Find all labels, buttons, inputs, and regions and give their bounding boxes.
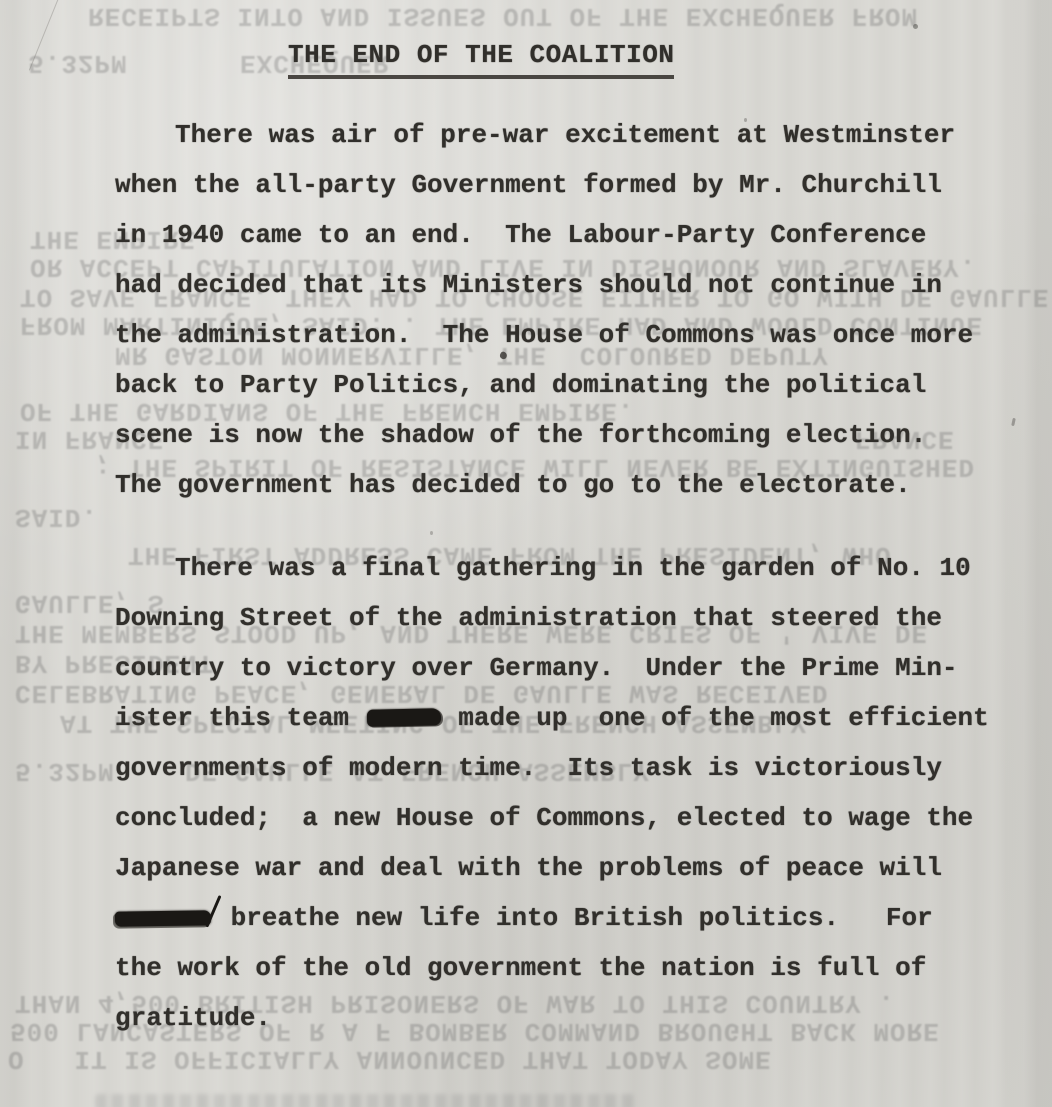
typed-line: breathe new life into British politics. … [115, 893, 1015, 943]
typed-line: gratitude. [115, 993, 1015, 1043]
typed-line: Japanese war and deal with the problems … [115, 843, 1015, 893]
redacted-word [366, 708, 440, 727]
typed-line: the work of the old government the natio… [115, 943, 1015, 993]
paragraph-1: There was air of pre-war excitement at W… [115, 110, 1015, 510]
title-row: THE END OF THE COALITION [288, 40, 674, 79]
typed-line: ister this team made up one of the most … [115, 693, 1015, 743]
typed-line: in 1940 came to an end. The Labour-Party… [115, 210, 1015, 260]
typed-line: governments of modern time. Its task is … [115, 743, 1015, 793]
typed-line: The government has decided to go to the … [115, 460, 1015, 510]
typed-line: Downing Street of the administration tha… [115, 593, 1015, 643]
ink-speck [744, 118, 747, 122]
bleedthrough-line: SAID. [15, 502, 98, 532]
typed-line: There was air of pre-war excitement at W… [115, 110, 1015, 160]
typed-line: the administration. The House of Commons… [115, 310, 1015, 360]
struck-out-word [115, 910, 211, 926]
bleedthrough-line: 5.32PM [28, 48, 128, 78]
ink-speck [913, 24, 918, 29]
typed-paragraphs: There was air of pre-war excitement at W… [115, 110, 1015, 1076]
typed-line: country to victory over Germany. Under t… [115, 643, 1015, 693]
paragraph-2: There was a final gathering in the garde… [115, 543, 1015, 1043]
page-title: THE END OF THE COALITION [288, 40, 674, 79]
typed-line: There was a final gathering in the garde… [115, 543, 1015, 593]
typed-line: when the all-party Government formed by … [115, 160, 1015, 210]
typed-line: had decided that its Ministers should no… [115, 260, 1015, 310]
bleedthrough-line: 5.32PM [15, 756, 115, 786]
scanned-document-page: RECEIPTS INTO AND ISSUES OUT OF THE EXCH… [0, 0, 1052, 1107]
bleedthrough-line: RECEIPTS INTO AND ISSUES OUT OF THE EXCH… [88, 1, 918, 31]
typed-line: back to Party Politics, and dominating t… [115, 360, 1015, 410]
typed-line: concluded; a new House of Commons, elect… [115, 793, 1015, 843]
ink-speck [430, 531, 433, 535]
typed-line: scene is now the shadow of the forthcomi… [115, 410, 1015, 460]
ghost-smudge [95, 1094, 635, 1107]
